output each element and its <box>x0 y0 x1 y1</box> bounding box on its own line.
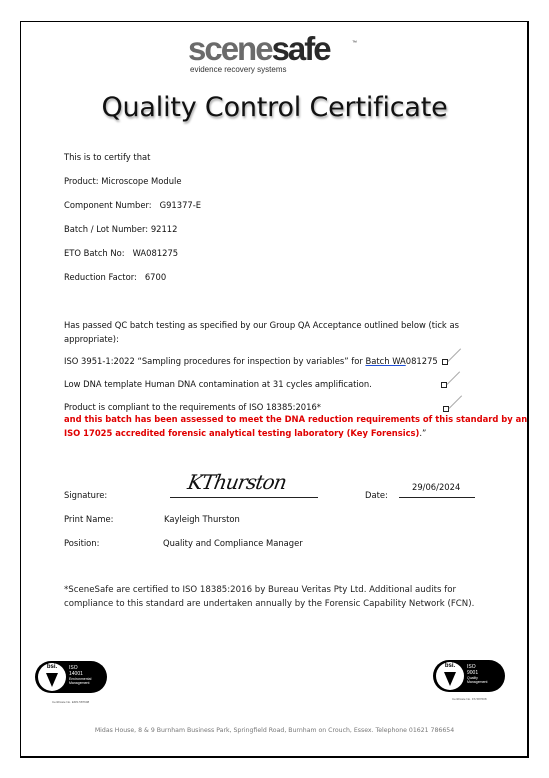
date-label: Date: <box>365 490 388 500</box>
dna-reduction-note-line1: and this batch has been assessed to meet… <box>64 414 527 424</box>
print-name-value: Kayleigh Thurston <box>164 514 240 524</box>
logo-dark-text: safe <box>272 30 330 67</box>
qc-statement-line2: appropriate): <box>64 334 119 344</box>
certification-footnote: *SceneSafe are certified to ISO 18385:20… <box>64 583 474 611</box>
footnote-line1: *SceneSafe are certified to ISO 18385:20… <box>64 583 474 597</box>
check-text: ISO 3951-1:2022 “Sampling procedures for… <box>64 356 365 366</box>
signature-label: Signature: <box>64 490 107 500</box>
dna-reduction-note-line2: ISO 17025 accredited forensic analytical… <box>64 428 426 438</box>
check-item-iso-3951: ISO 3951-1:2022 “Sampling procedures for… <box>64 356 438 366</box>
field-component-number: Component Number: G91377-E <box>64 200 201 210</box>
field-eto-batch-no: ETO Batch No: WA081275 <box>64 248 178 258</box>
bsi-brand: bsi. <box>436 663 464 669</box>
logo-trademark: ™ <box>352 40 357 46</box>
date-line <box>399 497 475 498</box>
certificate-page <box>20 21 529 758</box>
qc-statement-line1: Has passed QC batch testing as specified… <box>64 320 459 330</box>
page-title: Quality Control Certificate <box>0 92 549 123</box>
badge-line: Management <box>467 680 487 684</box>
bsi-iso-14001-badge: bsi. ISO 14001 Environmental Management <box>35 661 107 693</box>
badge-text: ISO 9001 Quality Management <box>467 664 487 684</box>
scenesafe-logo: scenesafe <box>188 32 330 65</box>
bsi-circle: bsi. <box>38 663 66 691</box>
red-note-text: ISO 17025 accredited forensic analytical… <box>64 428 419 438</box>
bsi-circle: bsi. <box>436 662 464 690</box>
field-label: Batch / Lot Number: <box>64 224 148 234</box>
field-batch-lot-number: Batch / Lot Number: 92112 <box>64 224 177 234</box>
print-name-label: Print Name: <box>64 514 113 524</box>
field-value: 92112 <box>151 224 178 234</box>
field-value: WA081275 <box>133 248 179 258</box>
company-address: Midas House, 8 & 9 Burnham Business Park… <box>0 727 549 734</box>
logo-tagline: evidence recovery systems <box>190 65 286 74</box>
bsi-iso-9001-badge: bsi. ISO 9001 Quality Management <box>433 660 505 692</box>
position-value: Quality and Compliance Manager <box>163 538 303 548</box>
check-item-low-dna: Low DNA template Human DNA contamination… <box>64 379 372 389</box>
badge-caption: Certificate No. FS 587608 <box>452 697 487 701</box>
position-label: Position: <box>64 538 99 548</box>
check-suffix: 081275 <box>406 356 438 366</box>
field-value: G91377-E <box>160 200 201 210</box>
field-reduction-factor: Reduction Factor: 6700 <box>64 272 166 282</box>
badge-line: Management <box>69 681 91 685</box>
signature-line <box>170 497 318 498</box>
batch-link[interactable]: Batch WA <box>365 356 405 366</box>
field-label: Reduction Factor: <box>64 272 137 282</box>
handwritten-signature: KThurston <box>186 470 288 494</box>
date-value: 29/06/2024 <box>412 482 460 492</box>
intro-text: This is to certify that <box>64 152 150 162</box>
check-item-iso-18385: Product is compliant to the requirements… <box>64 402 321 412</box>
field-label: Component Number: <box>64 200 152 210</box>
logo-light-text: scene <box>188 30 272 67</box>
red-note-end: .” <box>419 428 426 438</box>
bsi-kitemark-icon <box>444 672 456 686</box>
field-value: Microscope Module <box>101 176 181 186</box>
footnote-line2: compliance to this standard are undertak… <box>64 597 474 611</box>
field-label: ETO Batch No: <box>64 248 125 258</box>
field-label: Product: <box>64 176 99 186</box>
field-value: 6700 <box>145 272 166 282</box>
bsi-kitemark-icon <box>46 673 58 687</box>
field-product: Product: Microscope Module <box>64 176 182 186</box>
badge-caption: Certificate No. EMS 587608 <box>52 700 89 704</box>
bsi-brand: bsi. <box>38 664 66 670</box>
badge-text: ISO 14001 Environmental Management <box>69 665 91 685</box>
